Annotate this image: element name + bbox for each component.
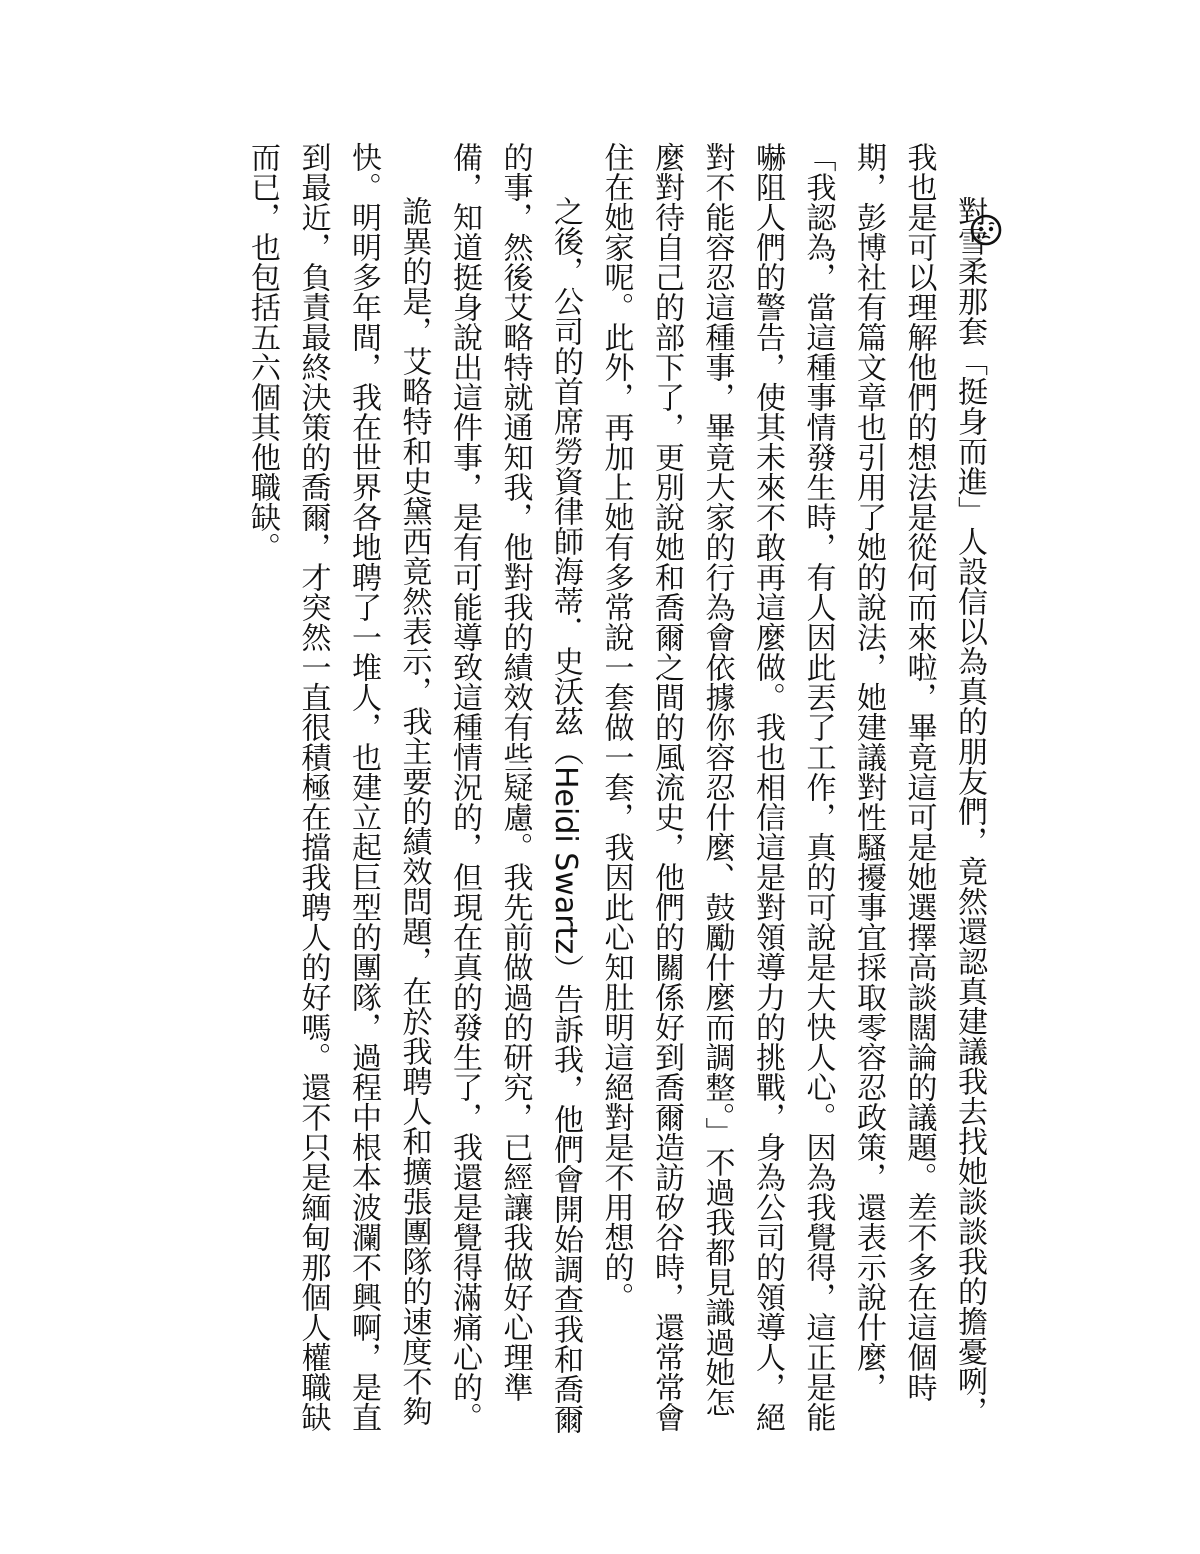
text-column: 之後，公司的首席勞資律師海蒂．史沃茲（Heidi Swartz）告訴我，他們會開… bbox=[540, 196, 591, 1456]
text-column: 我也是可以理解他們的想法是從何而來啦，畢竟這可是她選擇高談闊論的議題。差不多在這… bbox=[893, 142, 944, 1456]
text-column: 期，彭博社有篇文章也引用了她的說法，她建議對性騷擾事宜採取零容忍政策，還表示說什… bbox=[843, 142, 894, 1456]
text-column: 快。明明多年間，我在世界各地聘了一堆人，也建立起巨型的團隊，過程中根本波瀾不興啊… bbox=[338, 142, 389, 1456]
text-column: 而已，也包括五六個其他職缺。 bbox=[237, 142, 288, 1456]
text-column: 詭異的是，艾略特和史黛西竟然表示，我主要的績效問題，在於我聘人和擴張團隊的速度不… bbox=[388, 196, 439, 1456]
text-column: 對雪柔那套「挺身而進」人設信以為真的朋友們，竟然還認真建議我去找她談談我的擔憂咧… bbox=[944, 196, 995, 1456]
text-column: 備，知道挺身說出這件事，是有可能導致這種情況的，但現在真的發生了，我還是覺得滿痛… bbox=[439, 142, 490, 1456]
text-column: 麼對待自己的部下了，更別說她和喬爾之間的風流史，他們的關係好到喬爾造訪矽谷時，還… bbox=[641, 142, 692, 1456]
text-column: 的事，然後艾略特就通知我，他對我的績效有些疑慮。我先前做過的研究，已經讓我做好心… bbox=[489, 142, 540, 1456]
text-column: 「我認為，當這種事情發生時，有人因此丟了工作，真的可說是大快人心。因為我覺得，這… bbox=[792, 142, 843, 1456]
vertical-text-body: 對雪柔那套「挺身而進」人設信以為真的朋友們，竟然還認真建議我去找她談談我的擔憂咧… bbox=[237, 196, 995, 1456]
book-page: 對雪柔那套「挺身而進」人設信以為真的朋友們，竟然還認真建議我去找她談談我的擔憂咧… bbox=[0, 0, 1200, 1554]
text-column: 對不能容忍這種事，畢竟大家的行為會依據你容忍什麼、鼓勵什麼而調整。」不過我都見識… bbox=[691, 142, 742, 1456]
text-column: 到最近，負責最終決策的喬爾，才突然一直很積極在擋我聘人的好嗎。還不只是緬甸那個人… bbox=[287, 142, 338, 1456]
text-column: 嚇阻人們的警告，使其未來不敢再這麼做。我也相信這是對領導力的挑戰，身為公司的領導… bbox=[742, 142, 793, 1456]
text-column: 住在她家呢。此外，再加上她有多常說一套做一套，我因此心知肚明這絕對是不用想的。 bbox=[590, 142, 641, 1456]
